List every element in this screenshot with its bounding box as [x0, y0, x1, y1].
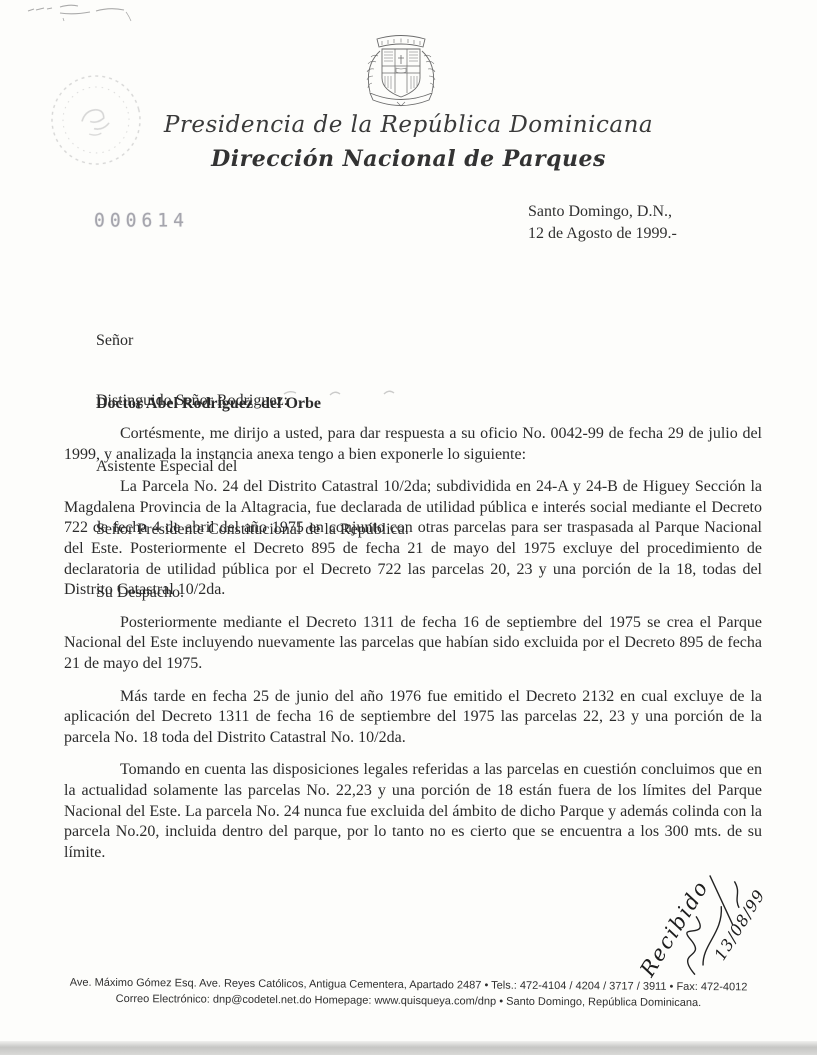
coat-of-arms-icon — [340, 30, 462, 110]
recipient-line: Señor — [96, 330, 409, 351]
body-paragraph: Más tarde en fecha 25 de junio del año 1… — [64, 687, 762, 749]
dateline-date: 12 de Agosto de 1999.- — [528, 223, 677, 245]
letter-body: Cortésmente, me dirijo a usted, para dar… — [64, 424, 762, 875]
dateline: Santo Domingo, D.N., 12 de Agosto de 199… — [528, 201, 677, 245]
scan-edge-bottom — [0, 1041, 817, 1055]
footer: Ave. Máximo Gómez Esq. Ave. Reyes Católi… — [0, 975, 817, 1012]
body-paragraph: La Parcela No. 24 del Distrito Catastral… — [64, 477, 762, 601]
pencil-marks-icon — [14, 0, 144, 30]
registry-stamp-number: 000614 — [94, 209, 189, 231]
scanned-letter-page: Presidencia de la República Dominicana D… — [0, 0, 817, 1055]
dateline-place: Santo Domingo, D.N., — [528, 201, 677, 223]
ink-smudge-marks — [278, 386, 398, 402]
body-paragraph: Posteriormente mediante el Decreto 1311 … — [64, 613, 762, 675]
salutation: Distinguido Señor Rodriguez: — [96, 392, 288, 410]
body-paragraph: Tomando en cuenta las disposiciones lega… — [64, 760, 762, 863]
division-title: Dirección Nacional de Parques — [0, 146, 817, 172]
body-paragraph: Cortésmente, me dirijo a usted, para dar… — [64, 424, 762, 465]
org-title: Presidencia de la República Dominicana — [0, 112, 817, 138]
